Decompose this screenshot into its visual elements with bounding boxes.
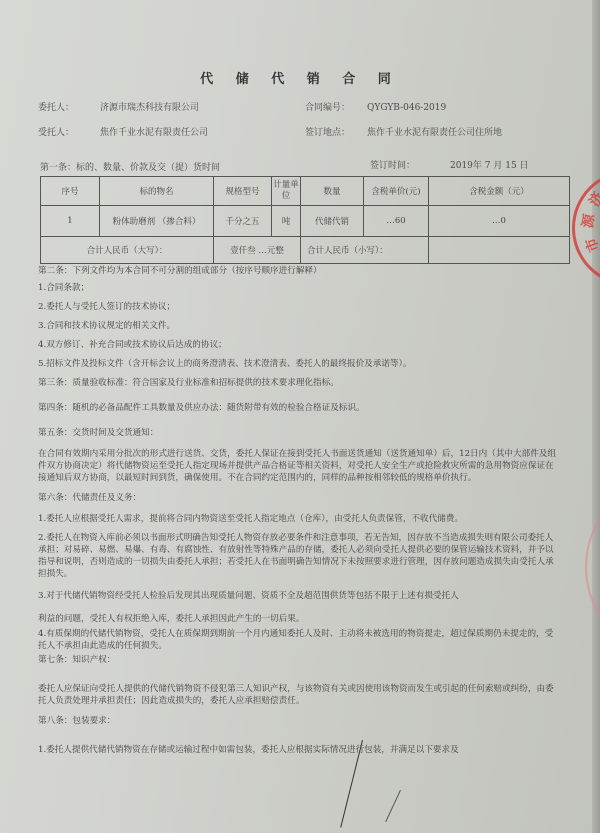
paragraph: 委托人应保证向受托人提供的代储代销物资不侵犯第三人知识产权，与该物资有关或因使用… (38, 683, 556, 707)
cell-amount: …0 (429, 206, 570, 237)
header-cell: 规格型号 (214, 177, 272, 206)
paragraph: 2.委托人与受托人签订的技术协议； (38, 301, 556, 314)
paragraph: 第七条：知识产权： (38, 654, 556, 667)
paragraph: 2.委托人在物资入库前必须以书面形式明确告知受托人物资存放必要条件和注意事项，若… (38, 532, 556, 580)
trustee-value: 焦作千业水泥有限责任公司 (100, 128, 208, 138)
sign-place-label: 签订地点： (305, 125, 367, 138)
table-header-row: 序号 标的物名 规格型号 计量单位 数量 含税单价(元) 含税金额（元） (41, 177, 570, 206)
paragraph: 1.合同条款； (38, 282, 556, 295)
paragraph: 第二条：下列文件均为本合同不可分割的组成部分（按序号顺序进行解释） (38, 265, 556, 278)
header-cell: 计量单位 (272, 177, 301, 206)
paragraph: 第五条：交货时间及交货通知： (38, 427, 556, 440)
paragraph: 4.双方修订、补充合同或技术协议后达成的协议； (38, 339, 556, 352)
total-upper-value: 壹仟叁 …元整 (214, 237, 301, 264)
sign-time-value: 2019年 7 月 15 日 (450, 161, 529, 171)
table-row: 1 粉体助磨剂 （掺合料） 千分之五 吨 代储代销 …60 …0 (41, 206, 570, 237)
paragraph: 5.招标文件及投标文件（含开标会议上的商务澄清表、技术澄清表、委托人的最终报价及… (38, 358, 556, 371)
cell-unit: 吨 (272, 206, 301, 237)
document-title: 代 储 代 销 合 同 (0, 68, 600, 87)
total-lower-value (429, 237, 570, 264)
paragraph: 第四条：随机的必备品配件工具数量及供应办法：随货附带有效的检验合格证及标识。 (38, 402, 556, 415)
total-lower-label: 合计人民币（小写）： (301, 237, 429, 264)
cell-spec: 千分之五 (214, 206, 272, 237)
header-cell: 数量 (301, 177, 364, 206)
photo-edge (592, 0, 600, 833)
header-cell: 标的物名 (100, 177, 214, 206)
total-upper-label: 合计人民币（大写）： (41, 237, 214, 264)
principal-label: 委托人： (38, 100, 100, 113)
contract-number-value: QYGYB-046-2019 (367, 103, 446, 113)
sign-place-value: 焦作千业水泥有限责任公司住所地 (367, 128, 502, 138)
goods-table: 序号 标的物名 规格型号 计量单位 数量 含税单价(元) 含税金额（元） 1 粉… (40, 176, 570, 264)
header-cell: 序号 (41, 177, 100, 206)
table-total-row: 合计人民币（大写）： 壹仟叁 …元整 合计人民币（小写）： (41, 237, 570, 264)
pen-mark (385, 790, 401, 822)
cell-index: 1 (41, 206, 100, 237)
sign-time-label: 签订时间： (370, 158, 450, 171)
principal-line: 委托人：济源市瑞杰科技有限公司 (38, 100, 199, 113)
header-cell: 含税金额（元） (429, 177, 570, 206)
trustee-label: 受托人： (38, 125, 100, 138)
paragraph: 1.委托人提供代储代销物资在存储或运输过程中如需包装，委托人应根据实际情况进行包… (38, 744, 556, 757)
cell-unit-price: …60 (364, 206, 429, 237)
contract-number-label: 合同编号： (305, 100, 367, 113)
trustee-line: 受托人：焦作千业水泥有限责任公司 (38, 125, 208, 138)
paragraph: 1.委托人应根据受托人需求，提前将合同内物资送至受托人指定地点（仓库），由受托人… (38, 513, 556, 526)
paragraph: 第三条：质量验收标准：符合国家及行业标准和招标提供的技术要求理化指标。 (38, 377, 556, 390)
paragraph: 3.合同和技术协议规定的相关文件。 (38, 320, 556, 333)
cell-quantity: 代储代销 (301, 206, 364, 237)
paragraph: 第六条：代储责任及义务： (38, 492, 556, 505)
paragraph: 在合同有效期内采用分批次的形式进行送货、交货，委托人保证在接到受托人书面送货通知… (38, 448, 556, 484)
sign-place-line: 签订地点：焦作千业水泥有限责任公司住所地 (305, 125, 502, 138)
paragraph: 第八条：包装要求： (38, 715, 556, 728)
paragraph: 3.对于代储代销物资经受托人检验后发现其出现质量问题、资质不全及超范围供货等包括… (38, 590, 556, 603)
contract-body: 第二条：下列文件均为本合同不可分割的组成部分（按序号顺序进行解释） 1.合同条款… (38, 265, 556, 757)
cell-product: 粉体助磨剂 （掺合料） (100, 206, 214, 237)
principal-value: 济源市瑞杰科技有限公司 (100, 103, 199, 113)
sign-time-line: 签订时间：2019年 7 月 15 日 (370, 158, 529, 171)
article1-heading: 第一条：标的、数量、价款及交（提）货时间 (40, 160, 220, 173)
paragraph: 4.有质保期的代储代销物资，受托人在质保期到期前一个月内通知委托人及时、主动将未… (38, 628, 556, 652)
header-cell: 含税单价(元) (364, 177, 429, 206)
paragraph: 利益的问题，受托人有权拒绝入库，委托人承担因此产生的一切后果。 (38, 613, 556, 626)
company-seal-stamp: 济 源 市 合 (572, 170, 600, 286)
contract-number-line: 合同编号：QYGYB-046-2019 (305, 100, 446, 113)
